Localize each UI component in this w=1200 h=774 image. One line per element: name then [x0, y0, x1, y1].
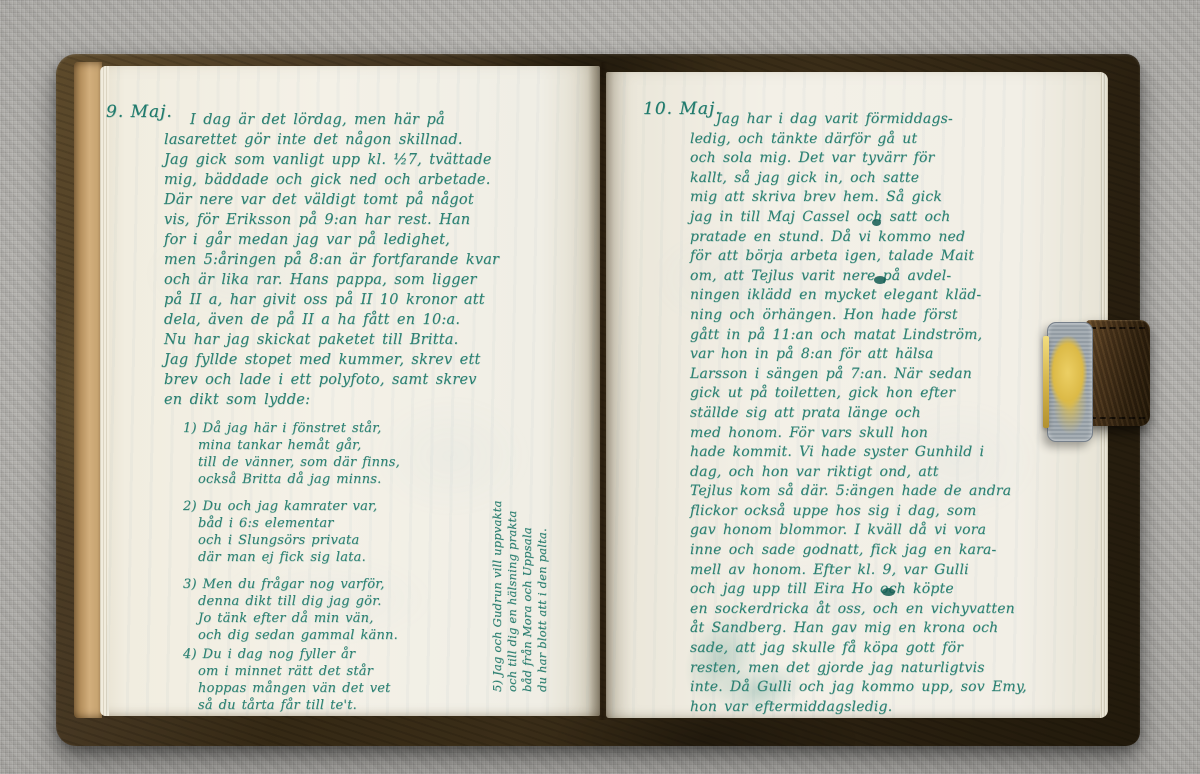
handwriting-line: mig, bäddade och gick ned och arbetade.	[164, 170, 499, 190]
handwriting-line: och dig sedan gammal känn.	[183, 627, 398, 644]
handwriting-line: vis, för Eriksson på 9:an har rest. Han	[164, 210, 499, 230]
handwriting-line: flickor också uppe hos sig i dag, som	[690, 502, 1027, 522]
handwriting-line: ställde sig att prata länge och	[690, 404, 1027, 424]
handwriting-line: och till dig en hälsning prakta	[505, 416, 520, 692]
handwriting-line: båd i 6:s elementar	[183, 515, 377, 532]
handwriting-line: Tejlus kom så där. 5:ängen hade de andra	[690, 482, 1027, 502]
right-page-body-text: Jag har i dag varit förmiddags-ledig, oc…	[690, 110, 1027, 717]
handwriting-line: och sola mig. Det var tyvärr för	[690, 149, 1027, 169]
ink-blot	[872, 219, 881, 226]
handwriting-line: på II a, har givit oss på II 10 kronor a…	[164, 290, 499, 310]
poem-verse-1: 1) Då jag här i fönstret står,mina tanka…	[183, 420, 400, 488]
poem-verse-3: 3) Men du frågar nog varför,denna dikt t…	[183, 576, 398, 644]
poem-verse-4: 4) Du i dag nog fyller årom i minnet rät…	[183, 646, 391, 714]
handwriting-line: och är lika rar. Hans pappa, som ligger	[164, 270, 499, 290]
handwriting-line: Jag gick som vanligt upp kl. ½7, tvättad…	[164, 150, 499, 170]
handwriting-line: Jo tänk efter då min vän,	[183, 610, 398, 627]
handwriting-line: for i går medan jag var på ledighet,	[164, 230, 499, 250]
handwriting-line: kallt, så jag gick in, och satte	[690, 169, 1027, 189]
handwriting-line: ledig, och tänkte därför gå ut	[690, 130, 1027, 150]
handwriting-line: Jag fyllde stopet med kummer, skrev ett	[164, 350, 499, 370]
handwriting-line: I dag är det lördag, men här på	[164, 110, 499, 130]
book-gutter-shadow	[588, 62, 614, 720]
handwriting-line: och i Slungsörs privata	[183, 532, 377, 549]
handwriting-line: och jag upp till Eira Ho och köpte	[690, 580, 1027, 600]
handwriting-line: Larsson i sängen på 7:an. När sedan	[690, 365, 1027, 385]
handwriting-line: dag, och hon var riktigt ond, att	[690, 463, 1027, 483]
handwriting-line: Nu har jag skickat paketet till Britta.	[164, 330, 499, 350]
photo-of-open-diary: { "colors": { "ink": "#2c8173", "date_in…	[0, 0, 1200, 774]
handwriting-line: med honom. För vars skull hon	[690, 424, 1027, 444]
handwriting-line: brev och lade i ett polyfoto, samt skrev	[164, 370, 499, 390]
handwriting-line: hade kommit. Vi hade syster Gunhild i	[690, 443, 1027, 463]
handwriting-line: om, att Tejlus varit nere på avdel-	[690, 267, 1027, 287]
handwriting-line: där man ej fick sig lata.	[183, 549, 377, 566]
handwriting-line: Där nere var det väldigt tomt på något	[164, 190, 499, 210]
handwriting-line: pratade en stund. Då vi kommo ned	[690, 228, 1027, 248]
handwriting-line: gått in på 11:an och matat Lindström,	[690, 326, 1027, 346]
handwriting-line: 2) Du och jag kamrater var,	[183, 498, 377, 515]
handwriting-line: ningen iklädd en mycket elegant kläd-	[690, 286, 1027, 306]
handwriting-line: dela, även de på II a ha fått en 10:a.	[164, 310, 499, 330]
handwriting-line: gick ut på toiletten, gick hon efter	[690, 384, 1027, 404]
ink-blot	[882, 588, 895, 596]
handwriting-line: åt Sandberg. Han gav mig en krona och	[690, 619, 1027, 639]
handwriting-line: 3) Men du frågar nog varför,	[183, 576, 398, 593]
handwriting-line: hon var eftermiddagsledig.	[690, 698, 1027, 718]
ink-blot	[874, 276, 886, 284]
clasp-buckle	[1047, 322, 1093, 442]
handwriting-line: du har blott att i den palta.	[535, 416, 550, 692]
handwriting-line: resten, men det gjorde jag naturligtvis	[690, 659, 1027, 679]
handwriting-line: inte. Då Gulli och jag kommo upp, sov Em…	[690, 678, 1027, 698]
handwriting-line: ning och örhängen. Hon hade först	[690, 306, 1027, 326]
handwriting-line: jag in till Maj Cassel och satt och	[690, 208, 1027, 228]
handwriting-line: Jag har i dag varit förmiddags-	[690, 110, 1027, 130]
handwriting-line: 1) Då jag här i fönstret står,	[183, 420, 400, 437]
handwriting-line: 5) Jag och Gudrun vill uppvakta	[490, 416, 505, 692]
left-page-date-label: 9. Maj.	[106, 102, 173, 122]
handwriting-line: om i minnet rätt det står	[183, 663, 391, 680]
poem-verse-2: 2) Du och jag kamrater var,båd i 6:s ele…	[183, 498, 377, 566]
handwriting-line: för att börja arbeta igen, talade Mait	[690, 247, 1027, 267]
handwriting-line: hoppas mången vän det vet	[183, 680, 391, 697]
handwriting-line: mina tankar hemåt går,	[183, 437, 400, 454]
handwriting-line: lasarettet gör inte det någon skillnad.	[164, 130, 499, 150]
handwriting-line: denna dikt till dig jag gör.	[183, 593, 398, 610]
left-page-body-text: I dag är det lördag, men här pålasarette…	[164, 110, 499, 410]
flyleaf-page-stack-edge	[74, 62, 102, 718]
handwriting-line: sade, att jag skulle få köpa gott för	[690, 639, 1027, 659]
handwriting-line: 4) Du i dag nog fyller år	[183, 646, 391, 663]
handwriting-line: till de vänner, som där finns,	[183, 454, 400, 471]
handwriting-line: också Britta då jag minns.	[183, 471, 400, 488]
handwriting-line: mell av honom. Efter kl. 9, var Gulli	[690, 561, 1027, 581]
handwriting-line: men 5:åringen på 8:an är fortfarande kva…	[164, 250, 499, 270]
handwriting-line: inne och sade godnatt, fick jag en kara-	[690, 541, 1027, 561]
handwriting-line: båd från Mora och Uppsala	[520, 416, 535, 692]
handwriting-line: mig att skriva brev hem. Så gick	[690, 188, 1027, 208]
handwriting-line: en sockerdricka åt oss, och en vichyvatt…	[690, 600, 1027, 620]
clasp-buckle-bar	[1043, 336, 1049, 428]
handwriting-line: så du tårta får till te't.	[183, 697, 391, 714]
poem-verse-5-rotated-margin-note: 5) Jag och Gudrun vill uppvaktaoch till …	[490, 416, 554, 692]
handwriting-line: gav honom blommor. I kväll då vi vora	[690, 521, 1027, 541]
clasp-strap	[1086, 320, 1150, 426]
handwriting-line: var hon in på 8:an för att hälsa	[690, 345, 1027, 365]
handwriting-line: en dikt som lydde:	[164, 390, 499, 410]
